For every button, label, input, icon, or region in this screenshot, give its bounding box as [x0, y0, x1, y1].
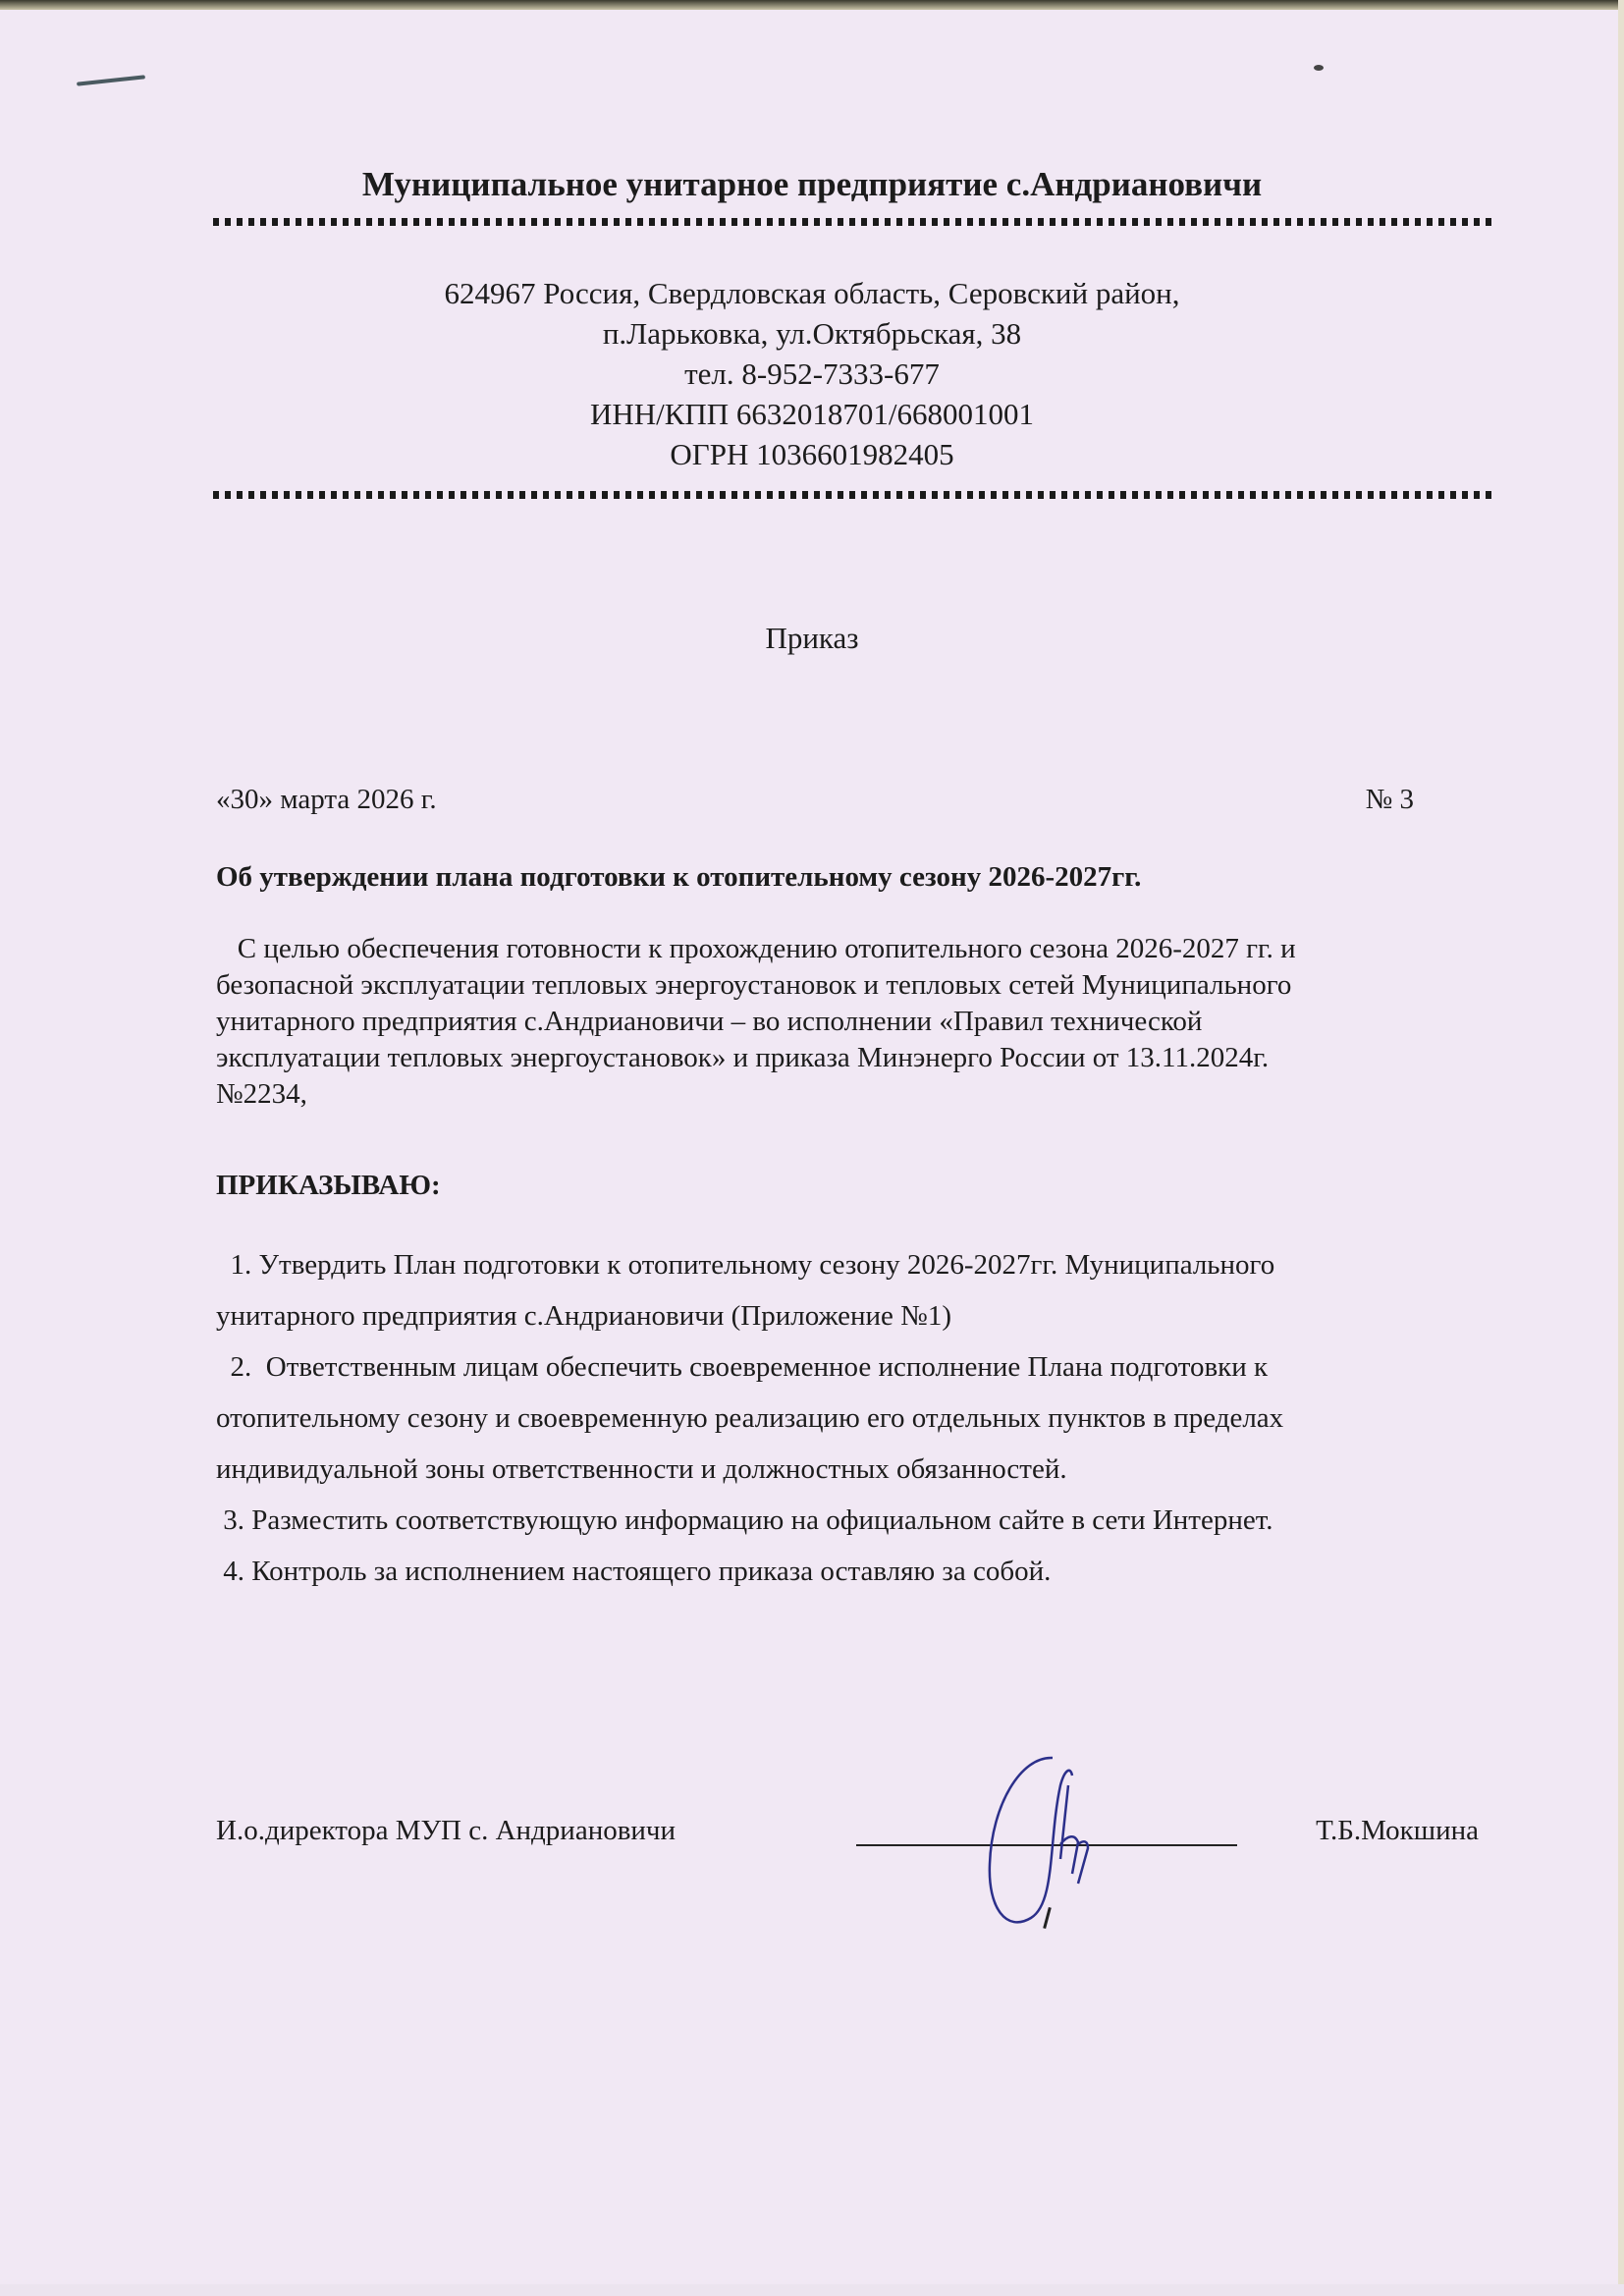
address-line: п.Ларьковка, ул.Октябрьская, 38 [0, 313, 1624, 354]
order-word: ПРИКАЗЫВАЮ: [216, 1170, 441, 1202]
handwritten-signature-icon [962, 1746, 1139, 1962]
order-item-line: отопительному сезону и своевременную реа… [216, 1393, 1483, 1444]
order-item-line: 1. Утвердить План подготовки к отопитель… [216, 1239, 1483, 1290]
signatory-name: Т.Б.Мокшина [1316, 1815, 1479, 1847]
scan-speck [1314, 65, 1324, 71]
ogrn-line: ОГРН 1036601982405 [0, 434, 1624, 474]
document-type: Приказ [0, 621, 1624, 656]
order-item-4: 4. Контроль за исполнением настоящего пр… [216, 1546, 1483, 1597]
address-line: 624967 Россия, Свердловская область, Сер… [0, 273, 1624, 313]
signatory-role: И.о.директора МУП с. Андриановичи [216, 1815, 676, 1847]
order-item-line: индивидуальной зоны ответственности и до… [216, 1444, 1483, 1495]
order-items: 1. Утвердить План подготовки к отопитель… [216, 1239, 1483, 1597]
address-block: 624967 Россия, Свердловская область, Сер… [0, 273, 1624, 474]
document-number: № 3 [1366, 784, 1414, 816]
document-date: «30» марта 2026 г. [216, 784, 437, 816]
scan-top-edge [0, 0, 1624, 10]
document-subject: Об утверждении плана подготовки к отопит… [216, 861, 1141, 894]
phone-line: тел. 8-952-7333-677 [0, 354, 1624, 394]
preamble-line: С целью обеспечения готовности к прохожд… [216, 931, 1473, 967]
header-divider-top [213, 218, 1491, 226]
order-item-2: 2. Ответственным лицам обеспечить своевр… [216, 1341, 1483, 1495]
order-item-line: 2. Ответственным лицам обеспечить своевр… [216, 1341, 1483, 1393]
preamble: С целью обеспечения готовности к прохожд… [216, 931, 1473, 1113]
order-item-line: унитарного предприятия с.Андриановичи (П… [216, 1290, 1483, 1341]
inn-kpp-line: ИНН/КПП 6632018701/668001001 [0, 394, 1624, 434]
preamble-line: унитарного предприятия с.Андриановичи – … [216, 1004, 1473, 1040]
organization-title: Муниципальное унитарное предприятие с.Ан… [0, 165, 1624, 204]
preamble-line: безопасной эксплуатации тепловых энергоу… [216, 967, 1473, 1004]
scan-bottom-edge [0, 2284, 1624, 2296]
preamble-line: №2234, [216, 1076, 1473, 1113]
staple-mark [77, 75, 145, 85]
header-divider-bottom [213, 491, 1491, 499]
order-item-line: 4. Контроль за исполнением настоящего пр… [216, 1546, 1483, 1597]
order-item-line: 3. Разместить соответствующую информацию… [216, 1495, 1483, 1546]
order-item-1: 1. Утвердить План подготовки к отопитель… [216, 1239, 1483, 1341]
order-item-3: 3. Разместить соответствующую информацию… [216, 1495, 1483, 1546]
preamble-line: эксплуатации тепловых энергоустановок» и… [216, 1040, 1473, 1076]
